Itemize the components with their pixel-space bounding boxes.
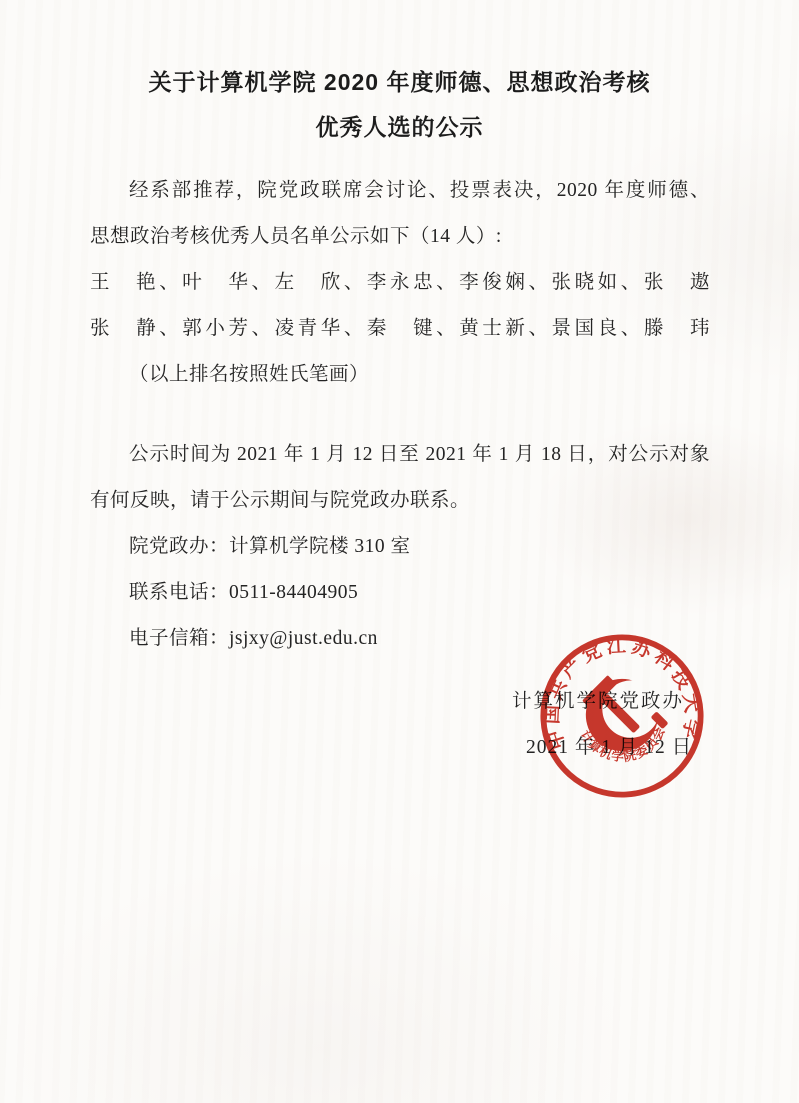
document-body: 经系部推荐，院党政联席会讨论、投票表决，2020 年度师德、 思想政治考核优秀人… xyxy=(90,168,710,662)
contact-office-line: 院党政办：计算机学院楼 310 室 xyxy=(90,524,710,570)
names-line-2: 张 静、郭小芳、凌青华、秦 键、黄士新、景国良、滕 玮 xyxy=(90,306,710,352)
document-title-line1: 关于计算机学院 2020 年度师德、思想政治考核 xyxy=(0,60,799,105)
paragraph-gap xyxy=(90,398,710,432)
body-line-intro: 经系部推荐，院党政联席会讨论、投票表决，2020 年度师德、 xyxy=(90,168,710,214)
names-line-1: 王 艳、叶 华、左 欣、李永忠、李俊娴、张晓如、张 遨 xyxy=(90,260,710,306)
document-title: 关于计算机学院 2020 年度师德、思想政治考核 优秀人选的公示 xyxy=(0,60,799,150)
period-line-1: 公示时间为 2021 年 1 月 12 日至 2021 年 1 月 18 日，对… xyxy=(90,432,710,478)
document-title-line2: 优秀人选的公示 xyxy=(0,105,799,150)
names-note-line: （以上排名按照姓氏笔画） xyxy=(90,352,710,398)
contact-phone-line: 联系电话：0511-84404905 xyxy=(90,570,710,616)
scanned-announcement-page: 关于计算机学院 2020 年度师德、思想政治考核 优秀人选的公示 经系部推荐，院… xyxy=(0,0,799,1103)
period-line-2: 有何反映，请于公示期间与院党政办联系。 xyxy=(90,478,710,524)
body-line-intro2: 思想政治考核优秀人员名单公示如下（14 人）: xyxy=(90,214,710,260)
official-seal: 中国共产党江苏科技大学 计算机学院委员会 xyxy=(533,627,712,806)
seal-outer-text: 中国共产党江苏科技大学 xyxy=(536,631,706,753)
svg-text:中国共产党江苏科技大学: 中国共产党江苏科技大学 xyxy=(536,631,706,753)
